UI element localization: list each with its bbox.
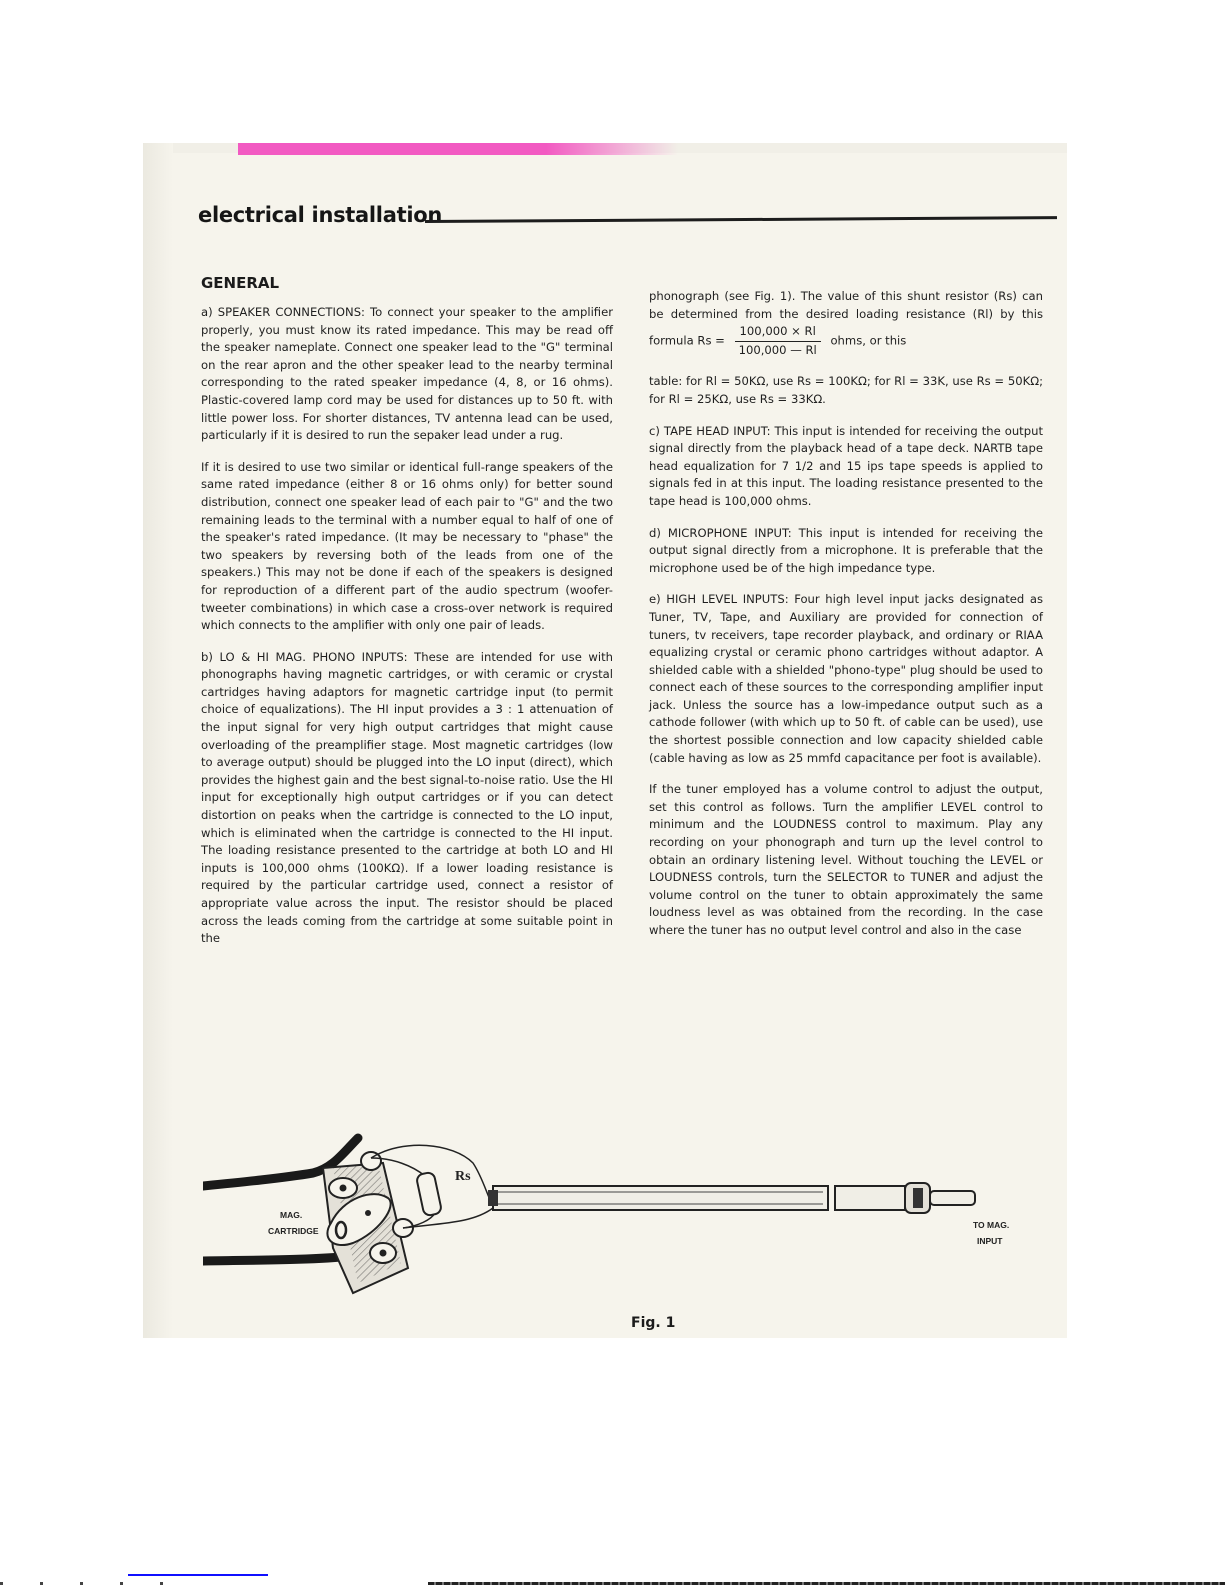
paragraph-shunt-resistor: phonograph (see Fig. 1). The value of th… (649, 288, 1043, 359)
label-input: INPUT (977, 1236, 1003, 1246)
paragraph-tuner-volume: If the tuner employed has a volume contr… (649, 781, 1043, 939)
paragraph-dual-speakers: If it is desired to use two similar or i… (201, 459, 613, 635)
left-column: a) SPEAKER CONNECTIONS: To connect your … (201, 304, 613, 962)
label-to-mag: TO MAG. (973, 1220, 1009, 1230)
section-title-general: GENERAL (201, 274, 279, 292)
paragraph-resistor-table: table: for Rl = 50KΩ, use Rs = 100KΩ; fo… (649, 373, 1043, 408)
cartridge-wiring-diagram: MAG. CARTRIDGE Rs TO MAG. INPUT (203, 1128, 1063, 1298)
page-heading: electrical installation (198, 203, 442, 227)
label-resistor: Rs (455, 1169, 471, 1184)
paragraph-tape-head-input: c) TAPE HEAD INPUT: This input is intend… (649, 423, 1043, 511)
figure-cartridge-wiring: MAG. CARTRIDGE Rs TO MAG. INPUT (203, 1128, 1063, 1298)
resistor-formula: 100,000 × Rl 100,000 — Rl (735, 323, 821, 359)
shunt-text-after: ohms, or this (830, 334, 906, 348)
scanned-page: electrical installation GENERAL a) SPEAK… (143, 143, 1067, 1338)
label-cartridge: CARTRIDGE (268, 1226, 319, 1236)
label-mag: MAG. (280, 1210, 302, 1220)
paragraph-speaker-connections: a) SPEAKER CONNECTIONS: To connect your … (201, 304, 613, 445)
pink-tab-marker (238, 143, 678, 155)
heading-rule (425, 216, 1057, 223)
paragraph-phono-inputs: b) LO & HI MAG. PHONO INPUTS: These are … (201, 649, 613, 948)
footer-link-underline[interactable] (128, 1574, 268, 1576)
paragraph-high-level-inputs: e) HIGH LEVEL INPUTS: Four high level in… (649, 591, 1043, 767)
formula-denominator: 100,000 — Rl (735, 342, 821, 360)
right-column: phonograph (see Fig. 1). The value of th… (649, 288, 1043, 954)
figure-caption: Fig. 1 (631, 1315, 675, 1331)
page-left-edge (143, 143, 173, 1338)
heading-row: electrical installation (198, 203, 1058, 233)
paragraph-microphone-input: d) MICROPHONE INPUT: This input is inten… (649, 525, 1043, 578)
formula-numerator: 100,000 × Rl (735, 323, 821, 342)
